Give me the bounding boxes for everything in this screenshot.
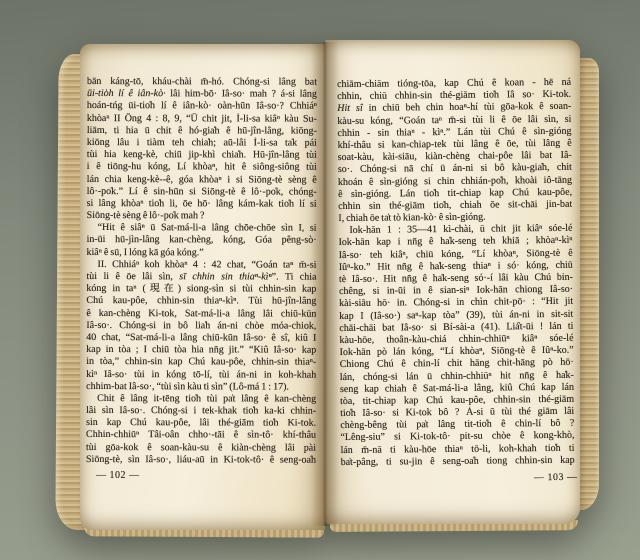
text-line: ūi-tio̍h lí ê iân-kò· lâi him-bō· Iâ-so·… xyxy=(87,88,317,101)
text-line: II. Chhiáⁿ koh khòaⁿ 4 : 42 chat, “Goán … xyxy=(86,259,316,272)
text-line: bān káng-tō, kháu-chài m̄-hó. Chóng-si l… xyxy=(87,76,317,89)
text-line: kap in tòa ; I chiū tòa hia nn̄g jit.” “… xyxy=(86,344,316,357)
text-line: lán chia keng-kè--ê, góa khòaⁿ i si Siōn… xyxy=(87,173,317,186)
text-line: “Hit ê siâⁿ ū Sat-má-li-a lâng chōe-chōe… xyxy=(87,222,317,235)
text-line: kiâⁿ ê sū, I lóng kā góa kóng.” xyxy=(87,247,317,260)
text-line: ê kan-chèng Ki-tok, Sat-má-li-a lâng lâi… xyxy=(86,308,316,321)
text-line: Siōng-tè, sìn Iâ-so·, liáu-aū in Ki-tok-… xyxy=(86,454,316,467)
text-line: kiōng lâu i tiàm teh chia̍h; aū-lâi Í-li… xyxy=(87,137,317,150)
right-page-text: chiām-chiām tióng-tōa, kap Chú ê koan - … xyxy=(337,77,575,469)
text-line: in tòa,” chhin-sin kap Chú kau-pôe, chhi… xyxy=(86,356,316,369)
text-line: lô·-po̍k.” Lí ê sin-hūn si Siōng-tè ê lô… xyxy=(87,186,317,199)
text-line: liām, ti hia ū chit ê hó-gia̍h ê hū-jîn-… xyxy=(87,125,317,138)
text-line: i ê tiōng-hu kóng, Lí khòaⁿ, hit ê siông… xyxy=(87,161,317,174)
text-line: in-ūi hū-jìn-lâng kan-chèng, kóng, Góa p… xyxy=(87,234,317,247)
text-line: tùi li ê ōe lâi sìn, sī chhin sin thiaⁿ-… xyxy=(86,271,316,284)
text-line: tùi gōa-kok ê soan-kàu-su ê kiàn-chèng l… xyxy=(86,442,316,455)
text-line: kìⁿ Iâ-so· tùi in kóng tō-lí, tùi án-ni … xyxy=(86,368,316,381)
text-line: si lâng khòaⁿ tio̍h li, ōe hō· lâng kám-… xyxy=(87,198,317,211)
text-line: Siōng-tè sèng ê lô·-po̍k mah ? xyxy=(87,210,317,223)
left-page-number: — 102 — xyxy=(96,470,140,481)
text-line: sin kap Chú kau-pôe, lâi thé-giām tio̍h … xyxy=(86,417,316,430)
open-book: bān káng-tō, kháu-chài m̄-hó. Chóng-si l… xyxy=(0,0,640,560)
text-line: tùi hia keng-kè, chiū jip-khì chia̍h. Hū… xyxy=(87,149,317,162)
text-line: 40 chat, “Sat-má-li-a lâng chiū-kūn Iâ-s… xyxy=(86,332,316,345)
text-line: chhim-bat Iâ-so·, “tùi sìn kàu ti sìn” (… xyxy=(86,381,316,394)
right-page-number: — 103 — xyxy=(534,472,578,484)
text-line: kóng in taⁿ (現在) siong-sìn si tùi chhin-… xyxy=(86,283,316,296)
left-page-text: bān káng-tō, kháu-chài m̄-hó. Chóng-si l… xyxy=(86,76,317,467)
text-line: Chú kau-pôe, chhin-sin thiaⁿ-kìⁿ. Tùi hū… xyxy=(86,295,316,308)
text-line: Iâ-so·. Chóng-si in bô lia̍h án-ni chòe … xyxy=(86,320,316,333)
text-line: Chit ê lâng it-tēng tio̍h tùi pa̍t lâng … xyxy=(86,393,316,406)
text-line: ba̍t-pâng, ti su-jin ê seng-oa̍h tiong c… xyxy=(341,455,575,469)
text-line: khòaⁿ II Ông 4 : 8, 9, “Ū chit jit, Í-li… xyxy=(87,113,317,126)
photo-background: bān káng-tō, kháu-chài m̄-hó. Chóng-si l… xyxy=(0,0,640,560)
text-line: chhin sin thé-giām tio̍h, chiah ōe sit-c… xyxy=(338,199,572,213)
text-line: Chhin-chhiūⁿ Tâi-oân chho·-tāi ê sìn-tô·… xyxy=(86,429,316,442)
text-line: lâi sìn Iâ-so·. Chóng-si i tek-khak tio̍… xyxy=(86,405,316,418)
text-line: hoán-tńg ūi-tio̍h lí ê iân-kò· oàn-hūn I… xyxy=(87,100,317,113)
